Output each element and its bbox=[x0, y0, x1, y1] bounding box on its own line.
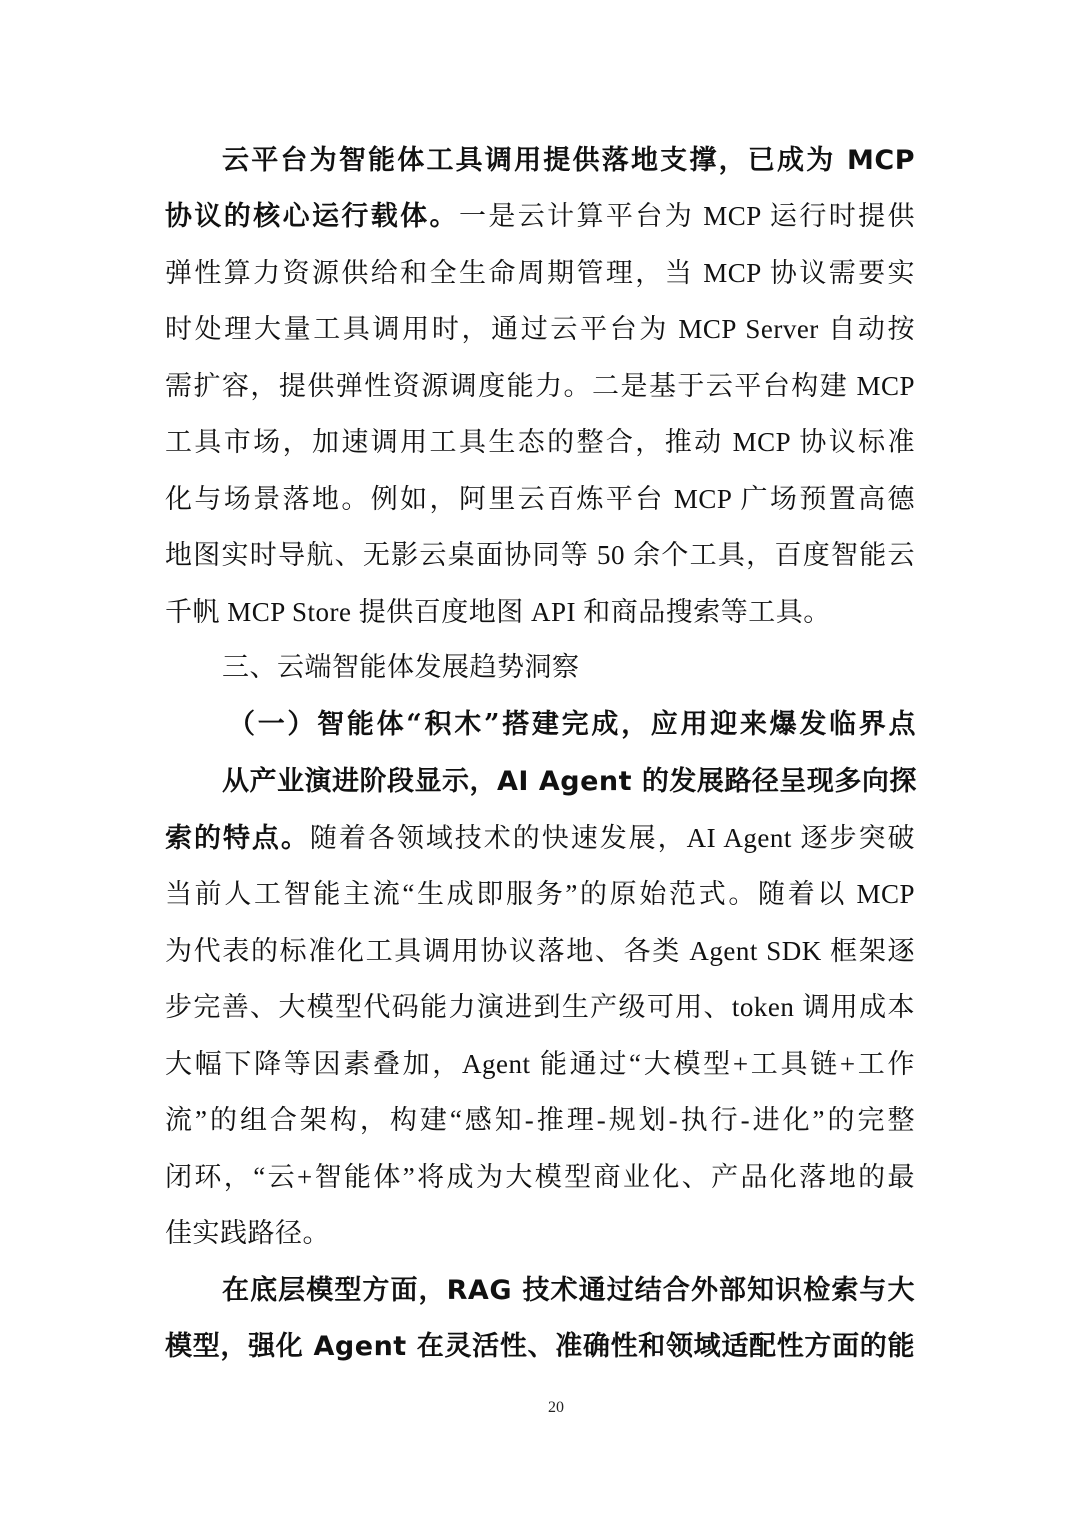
body-text: 化与场景落地。例如，阿里云百炼平台 MCP 广场预置高德 bbox=[165, 484, 915, 514]
paragraph-line: 闭环，“云+智能体”将成为大模型商业化、产品化落地的最 bbox=[165, 1157, 915, 1197]
section-heading: 三、云端智能体发展趋势洞察 bbox=[222, 648, 915, 688]
paragraph-line: 工具市场，加速调用工具生态的整合，推动 MCP 协议标准 bbox=[165, 422, 915, 462]
section-heading-text: 三、云端智能体发展趋势洞察 bbox=[222, 652, 580, 683]
paragraph-line: 索的特点。随着各领域技术的快速发展，AI Agent 逐步突破 bbox=[165, 818, 915, 858]
paragraph-line: 步完善、大模型代码能力演进到生产级可用、token 调用成本 bbox=[165, 987, 915, 1027]
paragraph-line: 时处理大量工具调用时，通过云平台为 MCP Server 自动按 bbox=[165, 309, 915, 349]
paragraph-line: 模型，强化 Agent 在灵活性、准确性和领域适配性方面的能 bbox=[165, 1326, 915, 1366]
paragraph-line: 从产业演进阶段显示，AI Agent 的发展路径呈现多向探 bbox=[222, 761, 915, 801]
paragraph-line: 当前人工智能主流“生成即服务”的原始范式。随着以 MCP bbox=[165, 874, 915, 914]
subsection-heading: （一）智能体“积木”搭建完成，应用迎来爆发临界点 bbox=[228, 705, 916, 745]
document-page: 云平台为智能体工具调用提供落地支撑，已成为 MCP 协议的核心运行载体。一是云计… bbox=[0, 0, 1080, 1527]
paragraph-line: 地图实时导航、无影云桌面协同等 50 余个工具，百度智能云 bbox=[165, 535, 915, 575]
body-text: 大幅下降等因素叠加，Agent 能通过“大模型+工具链+工作 bbox=[165, 1049, 915, 1079]
paragraph-line: 化与场景落地。例如，阿里云百炼平台 MCP 广场预置高德 bbox=[165, 479, 915, 519]
bold-lead-sentence: 协议的核心运行载体。 bbox=[165, 201, 459, 232]
paragraph-line: 千帆 MCP Store 提供百度地图 API 和商品搜索等工具。 bbox=[165, 592, 915, 632]
body-text: 闭环，“云+智能体”将成为大模型商业化、产品化落地的最 bbox=[165, 1162, 915, 1192]
bold-lead-sentence: 在底层模型方面，RAG 技术通过结合外部知识检索与大 bbox=[222, 1275, 915, 1306]
paragraph-line: 需扩容，提供弹性资源调度能力。二是基于云平台构建 MCP bbox=[165, 366, 915, 406]
body-text: 随着各领域技术的快速发展，AI Agent 逐步突破 bbox=[310, 823, 915, 853]
bold-lead-sentence: 索的特点。 bbox=[165, 823, 310, 854]
paragraph-line: 流”的组合架构，构建“感知-推理-规划-执行-进化”的完整 bbox=[165, 1100, 915, 1140]
bold-lead-sentence: 云平台为智能体工具调用提供落地支撑，已成为 MCP bbox=[222, 145, 915, 176]
body-text: 千帆 MCP Store 提供百度地图 API 和商品搜索等工具。 bbox=[165, 597, 831, 627]
body-text: 时处理大量工具调用时，通过云平台为 MCP Server 自动按 bbox=[165, 314, 915, 344]
body-text: 工具市场，加速调用工具生态的整合，推动 MCP 协议标准 bbox=[165, 427, 915, 457]
page-number: 20 bbox=[0, 1398, 1080, 1418]
bold-lead-sentence: 模型，强化 Agent 在灵活性、准确性和领域适配性方面的能 bbox=[165, 1331, 915, 1362]
body-text: 一是云计算平台为 MCP 运行时提供 bbox=[459, 201, 915, 231]
subsection-heading-text: （一）智能体“积木”搭建完成，应用迎来爆发临界点 bbox=[228, 709, 916, 740]
body-text: 步完善、大模型代码能力演进到生产级可用、token 调用成本 bbox=[165, 992, 915, 1022]
paragraph-line: 为代表的标准化工具调用协议落地、各类 Agent SDK 框架逐 bbox=[165, 931, 915, 971]
paragraph-line: 大幅下降等因素叠加，Agent 能通过“大模型+工具链+工作 bbox=[165, 1044, 915, 1084]
bold-lead-sentence: 从产业演进阶段显示，AI Agent 的发展路径呈现多向探 bbox=[222, 766, 917, 797]
body-text: 需扩容，提供弹性资源调度能力。二是基于云平台构建 MCP bbox=[165, 371, 915, 401]
body-text: 地图实时导航、无影云桌面协同等 50 余个工具，百度智能云 bbox=[165, 540, 915, 570]
body-text: 为代表的标准化工具调用协议落地、各类 Agent SDK 框架逐 bbox=[165, 936, 915, 966]
body-text: 弹性算力资源供给和全生命周期管理，当 MCP 协议需要实 bbox=[165, 258, 915, 288]
paragraph-line: 弹性算力资源供给和全生命周期管理，当 MCP 协议需要实 bbox=[165, 253, 915, 293]
body-text: 流”的组合架构，构建“感知-推理-规划-执行-进化”的完整 bbox=[165, 1105, 915, 1135]
body-text: 当前人工智能主流“生成即服务”的原始范式。随着以 MCP bbox=[165, 879, 915, 909]
body-text: 佳实践路径。 bbox=[165, 1218, 330, 1248]
paragraph-line: 协议的核心运行载体。一是云计算平台为 MCP 运行时提供 bbox=[165, 196, 915, 236]
paragraph-line: 佳实践路径。 bbox=[165, 1213, 915, 1253]
paragraph-line: 在底层模型方面，RAG 技术通过结合外部知识检索与大 bbox=[222, 1270, 915, 1310]
paragraph-line: 云平台为智能体工具调用提供落地支撑，已成为 MCP bbox=[222, 140, 915, 180]
